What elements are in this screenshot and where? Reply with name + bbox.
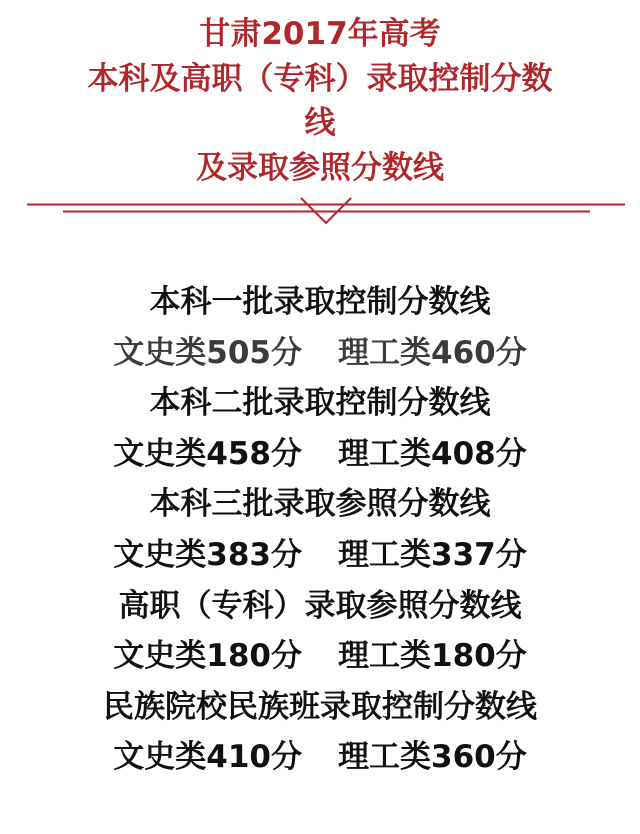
score-row: 文史类410分理工类360分 <box>0 732 640 783</box>
page-title: 甘肃2017年高考 本科及高职（专科）录取控制分数 线 及录取参照分数线 <box>0 12 640 190</box>
section-heading: 本科三批录取参照分数线 <box>0 479 640 530</box>
liberal-arts-score: 文史类505分 <box>113 335 302 371</box>
section-heading: 民族院校民族班录取控制分数线 <box>0 682 640 733</box>
title-line-3: 线 <box>0 101 640 146</box>
title-line-4: 及录取参照分数线 <box>0 146 640 191</box>
science-score: 理工类337分 <box>338 537 527 573</box>
science-score: 理工类360分 <box>338 739 527 775</box>
science-score: 理工类408分 <box>338 436 527 472</box>
score-row: 文史类383分理工类337分 <box>0 530 640 581</box>
liberal-arts-score: 文史类383分 <box>113 537 302 573</box>
score-row: 文史类180分理工类180分 <box>0 631 640 682</box>
score-row: 文史类458分理工类408分 <box>0 429 640 480</box>
section-heading: 高职（专科）录取参照分数线 <box>0 581 640 632</box>
title-line-1: 甘肃2017年高考 <box>0 12 640 57</box>
score-row: 文史类505分理工类460分 <box>0 328 640 379</box>
title-line-2: 本科及高职（专科）录取控制分数 <box>0 57 640 102</box>
science-score: 理工类180分 <box>338 638 527 674</box>
decorative-divider <box>0 190 640 230</box>
score-list: 本科一批录取控制分数线 文史类505分理工类460分 本科二批录取控制分数线 文… <box>0 277 640 783</box>
liberal-arts-score: 文史类180分 <box>113 638 302 674</box>
science-score: 理工类460分 <box>338 335 527 371</box>
section-heading: 本科一批录取控制分数线 <box>0 277 640 328</box>
liberal-arts-score: 文史类410分 <box>113 739 302 775</box>
liberal-arts-score: 文史类458分 <box>113 436 302 472</box>
section-heading: 本科二批录取控制分数线 <box>0 378 640 429</box>
